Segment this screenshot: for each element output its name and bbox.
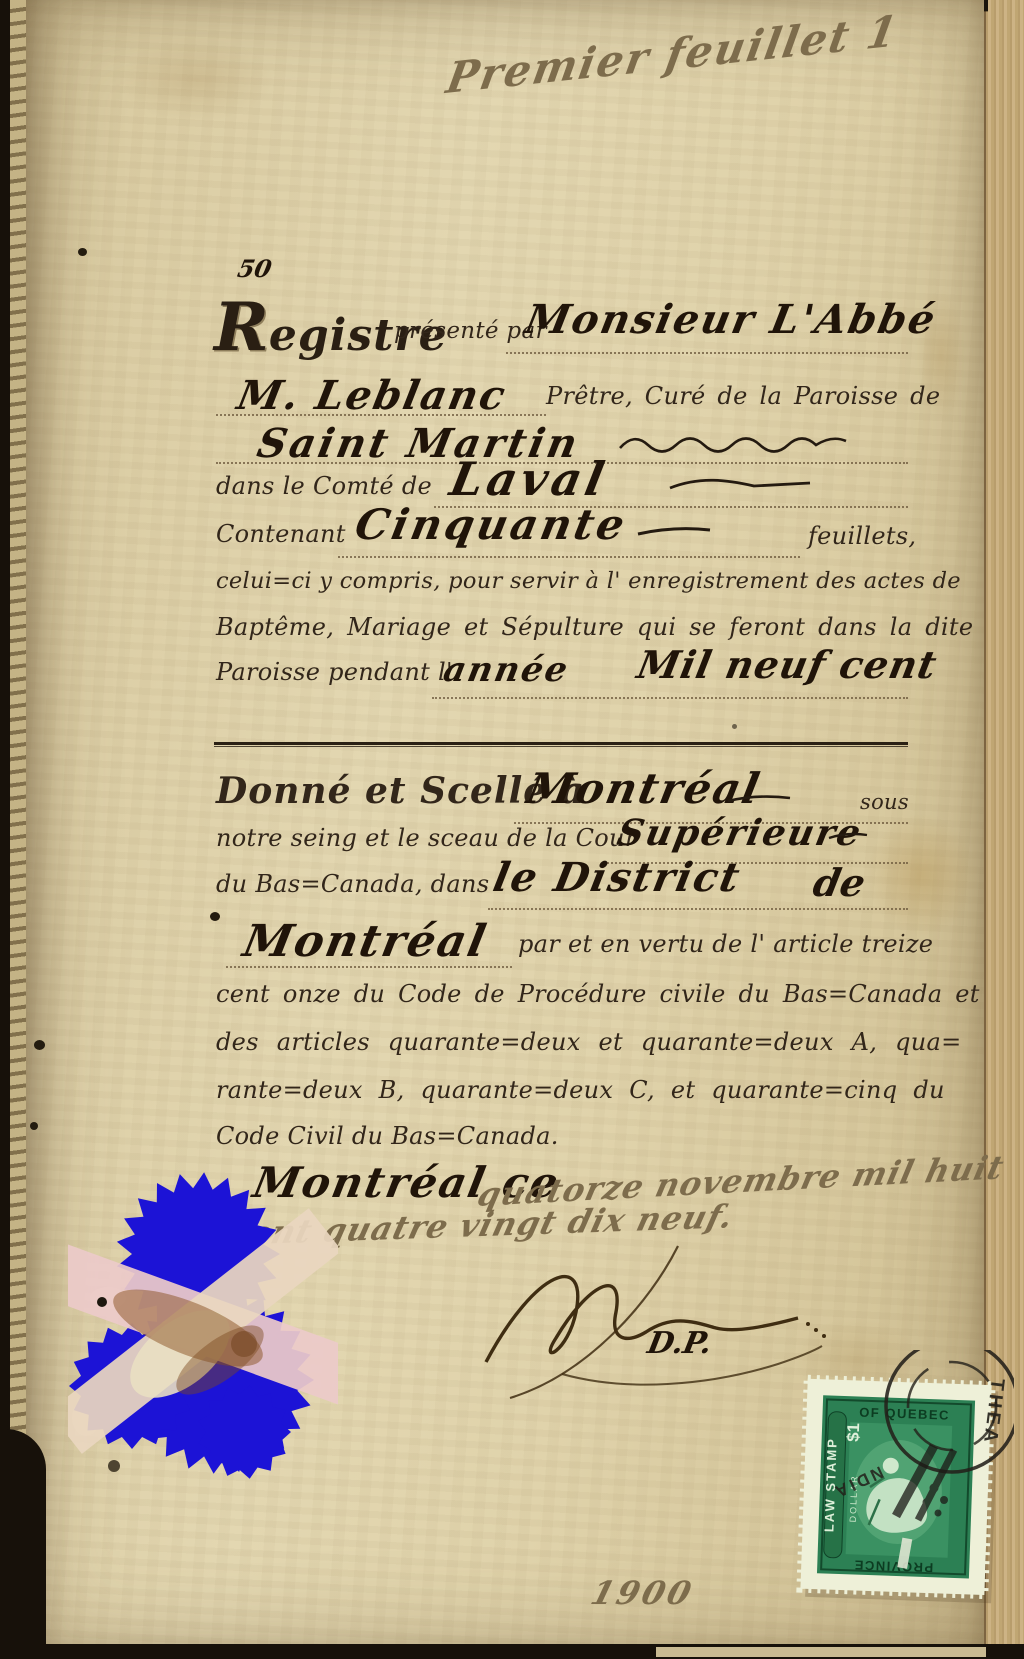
- pen-flourish: [666, 474, 816, 496]
- attestation-clause-4: Code Civil du Bas=Canada.: [216, 1122, 559, 1150]
- stamp-value-text: $1: [844, 1423, 864, 1443]
- register-page-scan: Premier feuillet 1 50 Registre présenté …: [0, 0, 1024, 1659]
- pencil-year: 1900: [587, 1574, 698, 1612]
- law-stamp: LAW STAMP $1 DOLLAR OF QUEBEC PROVINCE T…: [784, 1350, 1014, 1626]
- signature-flourish: [466, 1240, 836, 1410]
- foxing-stain: [86, 20, 306, 140]
- blank-underline: [338, 556, 800, 558]
- sous-label: sous: [860, 790, 909, 814]
- ink-speck: [78, 248, 87, 256]
- smudge-dot: [935, 1510, 942, 1517]
- flourish-stroke: [670, 480, 810, 488]
- year-word-entry: année: [440, 650, 573, 690]
- seal-of-court-label: notre seing et le sceau de la Cour: [216, 824, 637, 852]
- attestation-clause-2: des articles quarante=deux et quarante=d…: [216, 1028, 962, 1056]
- flourish-stroke: [638, 529, 710, 534]
- feuillets-label: feuillets,: [808, 522, 916, 550]
- blank-underline: [432, 697, 908, 699]
- county-label: dans le Comté de: [216, 472, 432, 500]
- district-de-entry: de: [810, 860, 869, 905]
- priest-label: Prêtre, Curé de la Paroisse de: [546, 382, 940, 410]
- seal-stain: [231, 1331, 257, 1357]
- bas-canada-label: du Bas=Canada, dans: [216, 870, 489, 898]
- clause-line-2: Baptême, Mariage et Sépulture qui se fer…: [216, 613, 973, 641]
- flourish-stroke: [620, 439, 846, 452]
- signature-cross-stroke: [510, 1246, 678, 1398]
- next-page-edge: [656, 1647, 986, 1657]
- signature-dot: [822, 1334, 826, 1338]
- pen-flourish: [826, 830, 870, 842]
- clause-line-1: celui=ci y compris, pour servir à l' enr…: [216, 568, 961, 594]
- paper-sheet: Premier feuillet 1 50 Registre présenté …: [26, 0, 984, 1650]
- smudge-dot: [923, 1499, 930, 1506]
- section-divider-rule: [214, 742, 908, 748]
- containing-entry: Cinquante: [351, 500, 631, 549]
- pen-flourish: [724, 792, 794, 806]
- stamp-bottom-text: PROVINCE: [853, 1557, 933, 1575]
- ink-speck: [210, 912, 220, 921]
- ink-speck: [30, 1122, 38, 1130]
- signature-initials: D.P.: [645, 1326, 715, 1361]
- containing-label: Contenant: [216, 520, 346, 548]
- article-label: par et en vertu de l' article treize: [518, 930, 933, 958]
- blank-underline: [488, 908, 908, 910]
- signature-dot: [814, 1328, 818, 1332]
- binding-shadow-wedge: [0, 1429, 46, 1659]
- stamp-group: LAW STAMP $1 DOLLAR OF QUEBEC PROVINCE: [800, 1379, 998, 1604]
- smudge-dot: [940, 1496, 948, 1504]
- blank-underline: [506, 352, 908, 354]
- seal-hole: [97, 1297, 107, 1307]
- smudge-dot: [930, 1484, 939, 1493]
- district-entry: le District: [489, 854, 745, 901]
- folio-note: Premier feuillet 1: [443, 6, 903, 104]
- year-value-entry: Mil neuf cent: [634, 642, 941, 687]
- notarial-seal: [68, 1168, 338, 1484]
- attestation-clause-1: cent onze du Code de Procédure civile du…: [216, 980, 980, 1008]
- flourish-stroke: [728, 797, 790, 801]
- ink-speck: [732, 724, 737, 729]
- pen-flourish: [634, 524, 714, 540]
- presented-by-entry: Monsieur L'Abbé: [521, 296, 940, 343]
- blank-underline: [216, 414, 546, 416]
- foxing-stain: [906, 260, 976, 450]
- signature-dot: [806, 1322, 810, 1326]
- year-label: Paroisse pendant l': [216, 658, 453, 686]
- county-entry: Laval: [446, 452, 613, 506]
- stamp-top-text: OF QUEBEC: [859, 1405, 950, 1423]
- signature-stroke: [486, 1277, 798, 1362]
- attestation-clause-3: rante=deux B, quarante=deux C, et quaran…: [216, 1076, 945, 1104]
- pen-flourish: [618, 432, 868, 456]
- cure-name-entry: M. Leblanc: [233, 372, 510, 419]
- ink-speck: [34, 1040, 45, 1050]
- flourish-stroke: [829, 834, 867, 838]
- district-place-entry: Montréal: [239, 916, 492, 967]
- corner-number: 50: [235, 254, 274, 283]
- seal-hole: [108, 1460, 120, 1472]
- blank-underline: [226, 966, 512, 968]
- torn-binding-strip: [10, 0, 27, 1659]
